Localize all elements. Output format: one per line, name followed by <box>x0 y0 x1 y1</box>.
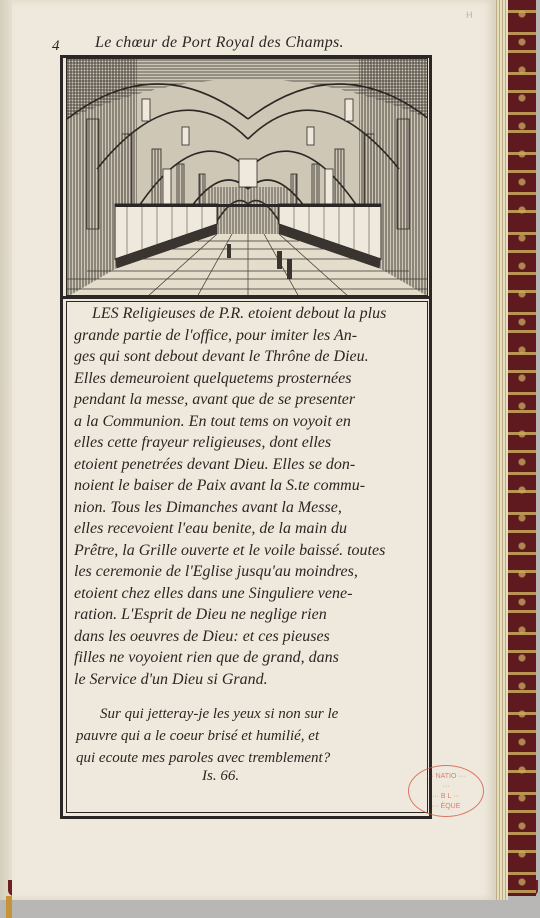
body-line: LES Religieuses de P.R. etoient debout l… <box>74 303 430 325</box>
body-text: LES Religieuses de P.R. etoient debout l… <box>74 303 430 690</box>
vaulted-choir-illustration-icon <box>67 59 428 296</box>
scripture-quote: Sur qui jetteray-je les yeux si non sur … <box>76 703 432 769</box>
choir-engraving <box>66 58 428 296</box>
body-line: Elles demeuroient quelquetems prosternée… <box>74 368 430 390</box>
body-line: a la Communion. En tout tems on voyoit e… <box>74 411 430 433</box>
gilt-binding-edge <box>506 0 536 896</box>
quote-line: Sur qui jetteray-je les yeux si non sur … <box>76 703 432 725</box>
page-stack-edge <box>494 0 508 900</box>
frame-divider <box>60 296 432 299</box>
body-line: nion. Tous les Dimanches avant la Messe, <box>74 497 430 519</box>
scripture-citation: Is. 66. <box>202 768 239 785</box>
running-title: Le chœur de Port Royal des Champs. <box>95 34 344 52</box>
stamp-line: ··· ÈQUE <box>409 802 483 812</box>
body-line: les ceremonie de l'Eglise jusqu'au moind… <box>74 561 430 583</box>
library-stamp: ··· NATIO ··· ··· ··· B L ··· ··· ÈQUE <box>408 765 484 817</box>
body-line: ges qui sont debout devant le Thrône de … <box>74 346 430 368</box>
quote-line: pauvre qui a le coeur brisé et humilié, … <box>76 725 432 747</box>
body-line: etoient penetrées devant Dieu. Elles se … <box>74 454 430 476</box>
quote-line: qui ecoute mes paroles avec tremblement? <box>76 747 432 769</box>
body-line: le Service d'un Dieu si Grand. <box>74 669 430 691</box>
stamp-line: ··· NATIO ··· <box>409 772 483 782</box>
stamp-line: ··· B L ··· <box>409 792 483 802</box>
stamp-line: ··· <box>409 782 483 792</box>
body-line: dans les oeuvres de Dieu: et ces pieuses <box>74 626 430 648</box>
body-line: pendant la messe, avant que de se presen… <box>74 389 430 411</box>
body-line: filles ne voyoient rien que de grand, da… <box>74 647 430 669</box>
body-line: elles recevoient l'eau benite, de la mai… <box>74 518 430 540</box>
body-line: noient le baiser de Paix avant la S.te c… <box>74 475 430 497</box>
body-line: ration. L'Esprit de Dieu ne neglige rien <box>74 604 430 626</box>
body-line: Prêtre, la Grille ouverte et le voile ba… <box>74 540 430 562</box>
body-line: elles cette frayeur religieuses, dont el… <box>74 432 430 454</box>
body-line: grande partie de l'office, pour imiter l… <box>74 325 430 347</box>
corner-pencil-mark: H <box>466 10 473 20</box>
body-line: etoient chez elles dans une Singuliere v… <box>74 583 430 605</box>
page-number: 4 <box>52 38 60 55</box>
